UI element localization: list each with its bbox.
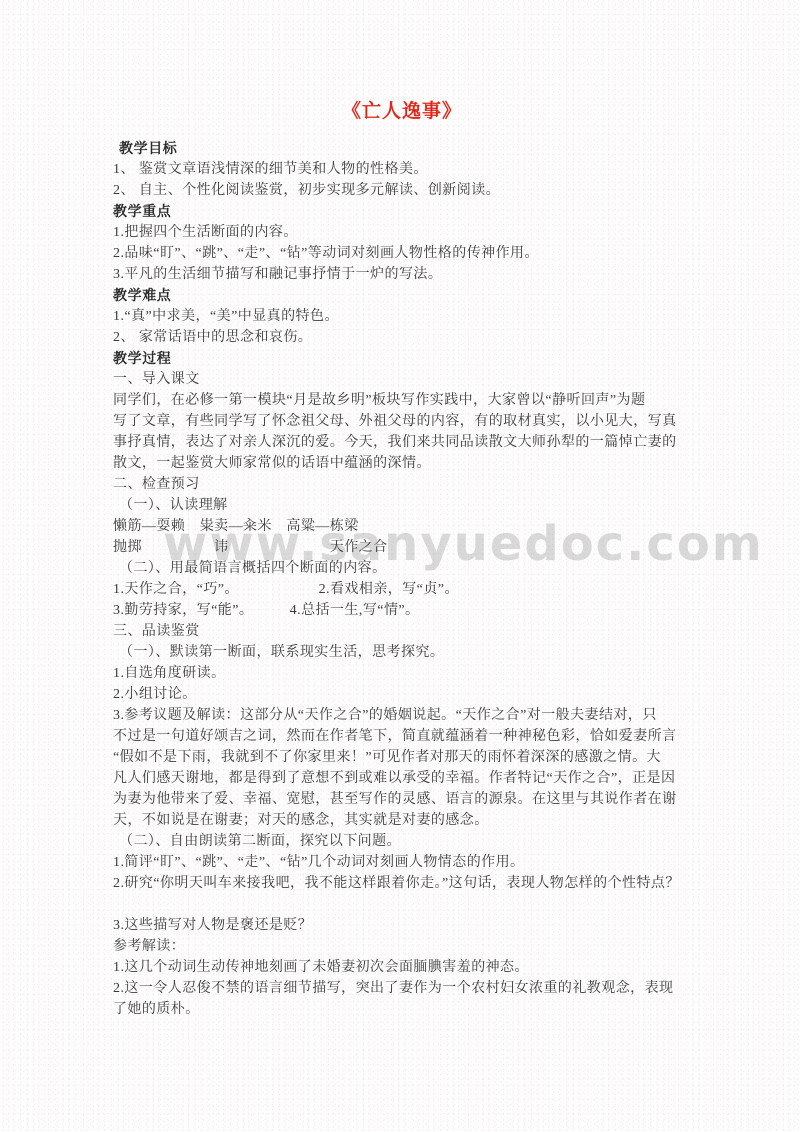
doc-heading-line: 教学难点 [113,285,691,306]
doc-line: 3.勤劳持家，写“能”。 4.总括一生,写“情”。 [113,600,691,621]
doc-line: 2.这一令人忍俊不禁的语言细节描写，突出了妻作为一个农村妇女浓重的礼教观念，表现 [113,978,691,999]
doc-line: 3.参考议题及解读：这部分从“天作之合”的婚姻说起。“天作之合”对一般夫妻结对，… [113,705,691,726]
doc-line: 天，不如说是在谢妻；对天的感念，其实就是对妻的感念。 [113,810,691,831]
doc-line: （一）、默读第一断面，联系现实生活，思考探究。 [113,642,691,663]
doc-line: 3.这些描写对人物是褒还是贬？ [113,915,691,936]
doc-line: （一）、认读理解 [113,495,691,516]
doc-line: 1、 鉴赏文章语浅情深的细节美和人物的性格美。 [113,159,691,180]
doc-line: 2、 家常话语中的思念和哀伤。 [113,327,691,348]
doc-line: 1.天作之合，“巧”。 2.看戏相亲，写“贞”。 [113,579,691,600]
doc-line: （二）、用最简语言概括四个断面的内容。 [113,558,691,579]
doc-line: 1.简评“盯”、“跳”、“走”、“钻”几个动词对刻画人物情态的作用。 [113,852,691,873]
doc-line: 2.研究“你明天叫车来接我吧，我不能这样跟着你走。”这句话，表现人物怎样的个性特… [113,873,691,894]
doc-line: 三、品读鉴赏 [113,621,691,642]
page-title: 《亡人逸事》 [113,100,691,124]
doc-line: 参考解读： [113,936,691,957]
document-page: www.sanyuedoc.com 《亡人逸事》 教学目标1、 鉴赏文章语浅情深… [0,0,800,1132]
doc-line: 不过是一句道好颂吉之词，然而在作者笔下，简直就蕴涵着一种神秘色彩，恰如爱妻所言 [113,726,691,747]
doc-heading-line: 教学目标 [113,138,691,159]
doc-line: 同学们，在必修一第一模块“月是故乡明”板块写作实践中，大家曾以“静听回声”为题 [113,390,691,411]
doc-line: 为妻为他带来了爱、幸福、宽慰，甚至写作的灵感、语言的源泉。在这里与其说作者在谢 [113,789,691,810]
doc-line: “假如不是下雨，我就到不了你家里来！”可见作者对那天的雨怀着深深的感激之情。大 [113,747,691,768]
doc-line: 一、导入课文 [113,369,691,390]
doc-line: 2.小组讨论。 [113,684,691,705]
doc-line: 1.自选角度研读。 [113,663,691,684]
doc-line [113,894,691,915]
doc-line: 2.品味“盯”、“跳”、“走”、“钻”等动词对刻画人物性格的传神作用。 [113,243,691,264]
doc-line: 3.平凡的生活细节描写和融记事抒情于一炉的写法。 [113,264,691,285]
doc-line: 1.这几个动词生动传神地刻画了未婚妻初次会面腼腆害羞的神态。 [113,957,691,978]
doc-heading-line: 教学过程 [113,348,691,369]
doc-line: 1.把握四个生活断面的内容。 [113,222,691,243]
doc-line: 懒筋—耍赖 粜卖—籴米 高粱—栋梁 [113,516,691,537]
doc-line: 2、 自主、个性化阅读鉴赏，初步实现多元解读、创新阅读。 [113,180,691,201]
doc-line: 了她的质朴。 [113,999,691,1020]
doc-line: 事抒真情，表达了对亲人深沉的爱。今天，我们来共同品读散文大师孙犁的一篇悼亡妻的 [113,432,691,453]
doc-line: 抛掷 讳 天作之合 [113,537,691,558]
doc-line: 写了文章，有些同学写了怀念祖父母、外祖父母的内容，有的取材真实，以小见大，写真 [113,411,691,432]
doc-line: （二）、自由朗读第二断面，探究以下问题。 [113,831,691,852]
doc-body: 教学目标1、 鉴赏文章语浅情深的细节美和人物的性格美。2、 自主、个性化阅读鉴赏… [113,138,691,1020]
document-content: 《亡人逸事》 教学目标1、 鉴赏文章语浅情深的细节美和人物的性格美。2、 自主、… [113,100,691,1020]
doc-heading-line: 教学重点 [113,201,691,222]
doc-line: 散文，一起鉴赏大师家常似的话语中蕴涵的深情。 [113,453,691,474]
doc-line: 凡人们感天谢地，都是得到了意想不到或难以承受的幸福。作者特记“天作之合”，正是因 [113,768,691,789]
doc-line: 1.“真”中求美，“美”中显真的特色。 [113,306,691,327]
doc-line: 二、检查预习 [113,474,691,495]
